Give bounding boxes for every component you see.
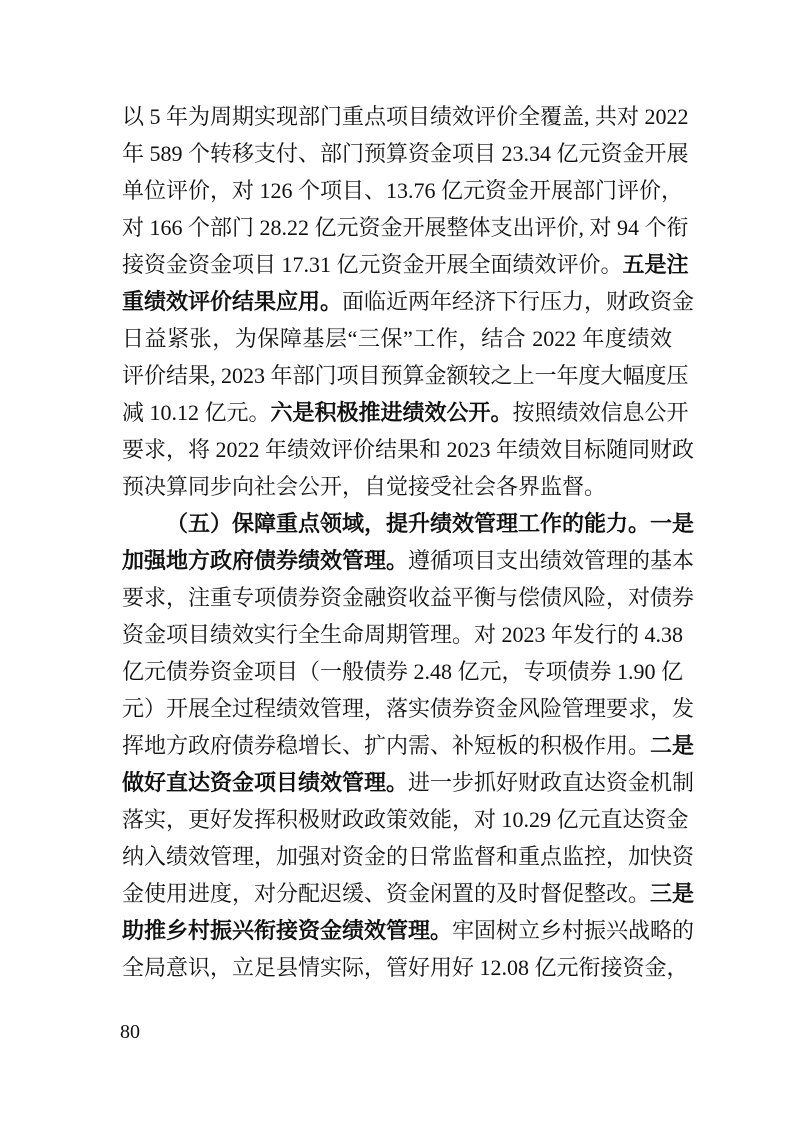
bold-heading-segment: 六是积极推进绩效公开。 bbox=[271, 400, 513, 425]
text-line-11: 预决算同步向社会公开，自觉接受社会各界监督。 bbox=[122, 468, 672, 505]
section-heading: （五）保障重点领域，提升绩效管理工作的能力。一是 bbox=[166, 511, 694, 536]
text-line-24: 全局意识，立足县情实际，管好用好 12.08 亿元衔接资金， bbox=[122, 949, 672, 986]
text-segment: 日益紧张，为保障基层“三保”工作，结合 2022 年度绩效 bbox=[122, 326, 672, 351]
bold-heading-segment: 重绩效评价结果应用。 bbox=[122, 289, 342, 314]
text-segment: 减 10.12 亿元。 bbox=[122, 400, 271, 425]
text-line-16: 亿元债券资金项目（一般债券 2.48 亿元，专项债券 1.90 亿 bbox=[122, 653, 672, 690]
text-line-9: 减 10.12 亿元。六是积极推进绩效公开。按照绩效信息公开 bbox=[122, 394, 672, 431]
text-segment: 按照绩效信息公开 bbox=[513, 400, 689, 425]
text-segment: 元）开展全过程绩效管理，落实债券资金风险管理要求，发 bbox=[122, 696, 694, 721]
text-line-21: 纳入绩效管理，加强对资金的日常监督和重点监控，加快资 bbox=[122, 838, 672, 875]
text-segment: 评价结果, 2023 年部门项目预算金额较之上一年度大幅度压 bbox=[122, 363, 689, 388]
page-number: 80 bbox=[120, 1019, 140, 1045]
text-segment: 纳入绩效管理，加强对资金的日常监督和重点监控，加快资 bbox=[122, 844, 694, 869]
text-segment: 全局意识，立足县情实际，管好用好 12.08 亿元衔接资金， bbox=[122, 955, 689, 980]
text-line-1: 以 5 年为周期实现部门重点项目绩效评价全覆盖, 共对 2022 bbox=[122, 98, 672, 135]
text-line-20: 落实，更好发挥积极财政政策效能，对 10.29 亿元直达资金 bbox=[122, 801, 672, 838]
text-segment: 亿元债券资金项目（一般债券 2.48 亿元，专项债券 1.90 亿 bbox=[122, 659, 683, 684]
bold-heading-segment: 做好直达资金项目绩效管理。 bbox=[122, 770, 408, 795]
text-line-15: 资金项目绩效实行全生命周期管理。对 2023 年发行的 4.38 bbox=[122, 616, 672, 653]
text-segment: 接资金资金项目 17.31 亿元资金开展全面绩效评价。 bbox=[122, 252, 623, 277]
bold-heading-segment: 助推乡村振兴衔接资金绩效管理。 bbox=[122, 918, 452, 943]
bold-heading-segment: 五是注 bbox=[623, 252, 689, 277]
text-line-3: 单位评价，对 126 个项目、13.76 亿元资金开展部门评价， bbox=[122, 172, 672, 209]
text-segment: 遵循项目支出绩效管理的基本 bbox=[408, 548, 694, 573]
text-line-4: 对 166 个部门 28.22 亿元资金开展整体支出评价, 对 94 个衔 bbox=[122, 209, 672, 246]
text-line-17: 元）开展全过程绩效管理，落实债券资金风险管理要求，发 bbox=[122, 690, 672, 727]
bold-heading-segment: 三是 bbox=[650, 881, 694, 906]
text-line-5: 接资金资金项目 17.31 亿元资金开展全面绩效评价。五是注 bbox=[122, 246, 672, 283]
text-line-14: 要求，注重专项债券资金融资收益平衡与偿债风险，对债券 bbox=[122, 579, 672, 616]
text-segment: 对 166 个部门 28.22 亿元资金开展整体支出评价, 对 94 个衔 bbox=[122, 215, 689, 240]
bold-heading-segment: 加强地方政府债券绩效管理。 bbox=[122, 548, 408, 573]
text-line-10: 要求，将 2022 年绩效评价结果和 2023 年绩效目标随同财政 bbox=[122, 431, 672, 468]
text-line-19: 做好直达资金项目绩效管理。进一步抓好财政直达资金机制 bbox=[122, 764, 672, 801]
text-line-22: 金使用进度，对分配迟缓、资金闲置的及时督促整改。三是 bbox=[122, 875, 672, 912]
body-text: 以 5 年为周期实现部门重点项目绩效评价全覆盖, 共对 2022 年 589 个… bbox=[122, 98, 672, 986]
text-segment: 落实，更好发挥积极财政政策效能，对 10.29 亿元直达资金 bbox=[122, 807, 689, 832]
text-segment: 挥地方政府债券稳增长、扩内需、补短板的积极作用。 bbox=[122, 733, 650, 758]
text-segment: 资金项目绩效实行全生命周期管理。对 2023 年发行的 4.38 bbox=[122, 622, 683, 647]
text-line-6: 重绩效评价结果应用。面临近两年经济下行压力，财政资金 bbox=[122, 283, 672, 320]
text-segment: 年 589 个转移支付、部门预算资金项目 23.34 亿元资金开展 bbox=[122, 141, 689, 166]
section-heading-line: （五）保障重点领域，提升绩效管理工作的能力。一是 bbox=[122, 505, 672, 542]
text-line-8: 评价结果, 2023 年部门项目预算金额较之上一年度大幅度压 bbox=[122, 357, 672, 394]
text-segment: 牢固树立乡村振兴战略的 bbox=[452, 918, 694, 943]
text-line-23: 助推乡村振兴衔接资金绩效管理。牢固树立乡村振兴战略的 bbox=[122, 912, 672, 949]
text-line-2: 年 589 个转移支付、部门预算资金项目 23.34 亿元资金开展 bbox=[122, 135, 672, 172]
text-line-18: 挥地方政府债券稳增长、扩内需、补短板的积极作用。二是 bbox=[122, 727, 672, 764]
text-line-13: 加强地方政府债券绩效管理。遵循项目支出绩效管理的基本 bbox=[122, 542, 672, 579]
text-segment: 金使用进度，对分配迟缓、资金闲置的及时督促整改。 bbox=[122, 881, 650, 906]
document-page: 以 5 年为周期实现部门重点项目绩效评价全覆盖, 共对 2022 年 589 个… bbox=[0, 0, 793, 1122]
text-segment: 单位评价，对 126 个项目、13.76 亿元资金开展部门评价， bbox=[122, 178, 683, 203]
text-segment: 面临近两年经济下行压力，财政资金 bbox=[342, 289, 694, 314]
text-segment: 预决算同步向社会公开，自觉接受社会各界监督。 bbox=[122, 474, 606, 499]
text-segment: 要求，将 2022 年绩效评价结果和 2023 年绩效目标随同财政 bbox=[122, 437, 694, 462]
bold-heading-segment: 二是 bbox=[650, 733, 694, 758]
text-segment: 要求，注重专项债券资金融资收益平衡与偿债风险，对债券 bbox=[122, 585, 694, 610]
text-line-7: 日益紧张，为保障基层“三保”工作，结合 2022 年度绩效 bbox=[122, 320, 672, 357]
text-segment: 进一步抓好财政直达资金机制 bbox=[408, 770, 694, 795]
text-segment: 以 5 年为周期实现部门重点项目绩效评价全覆盖, 共对 2022 bbox=[122, 104, 689, 129]
